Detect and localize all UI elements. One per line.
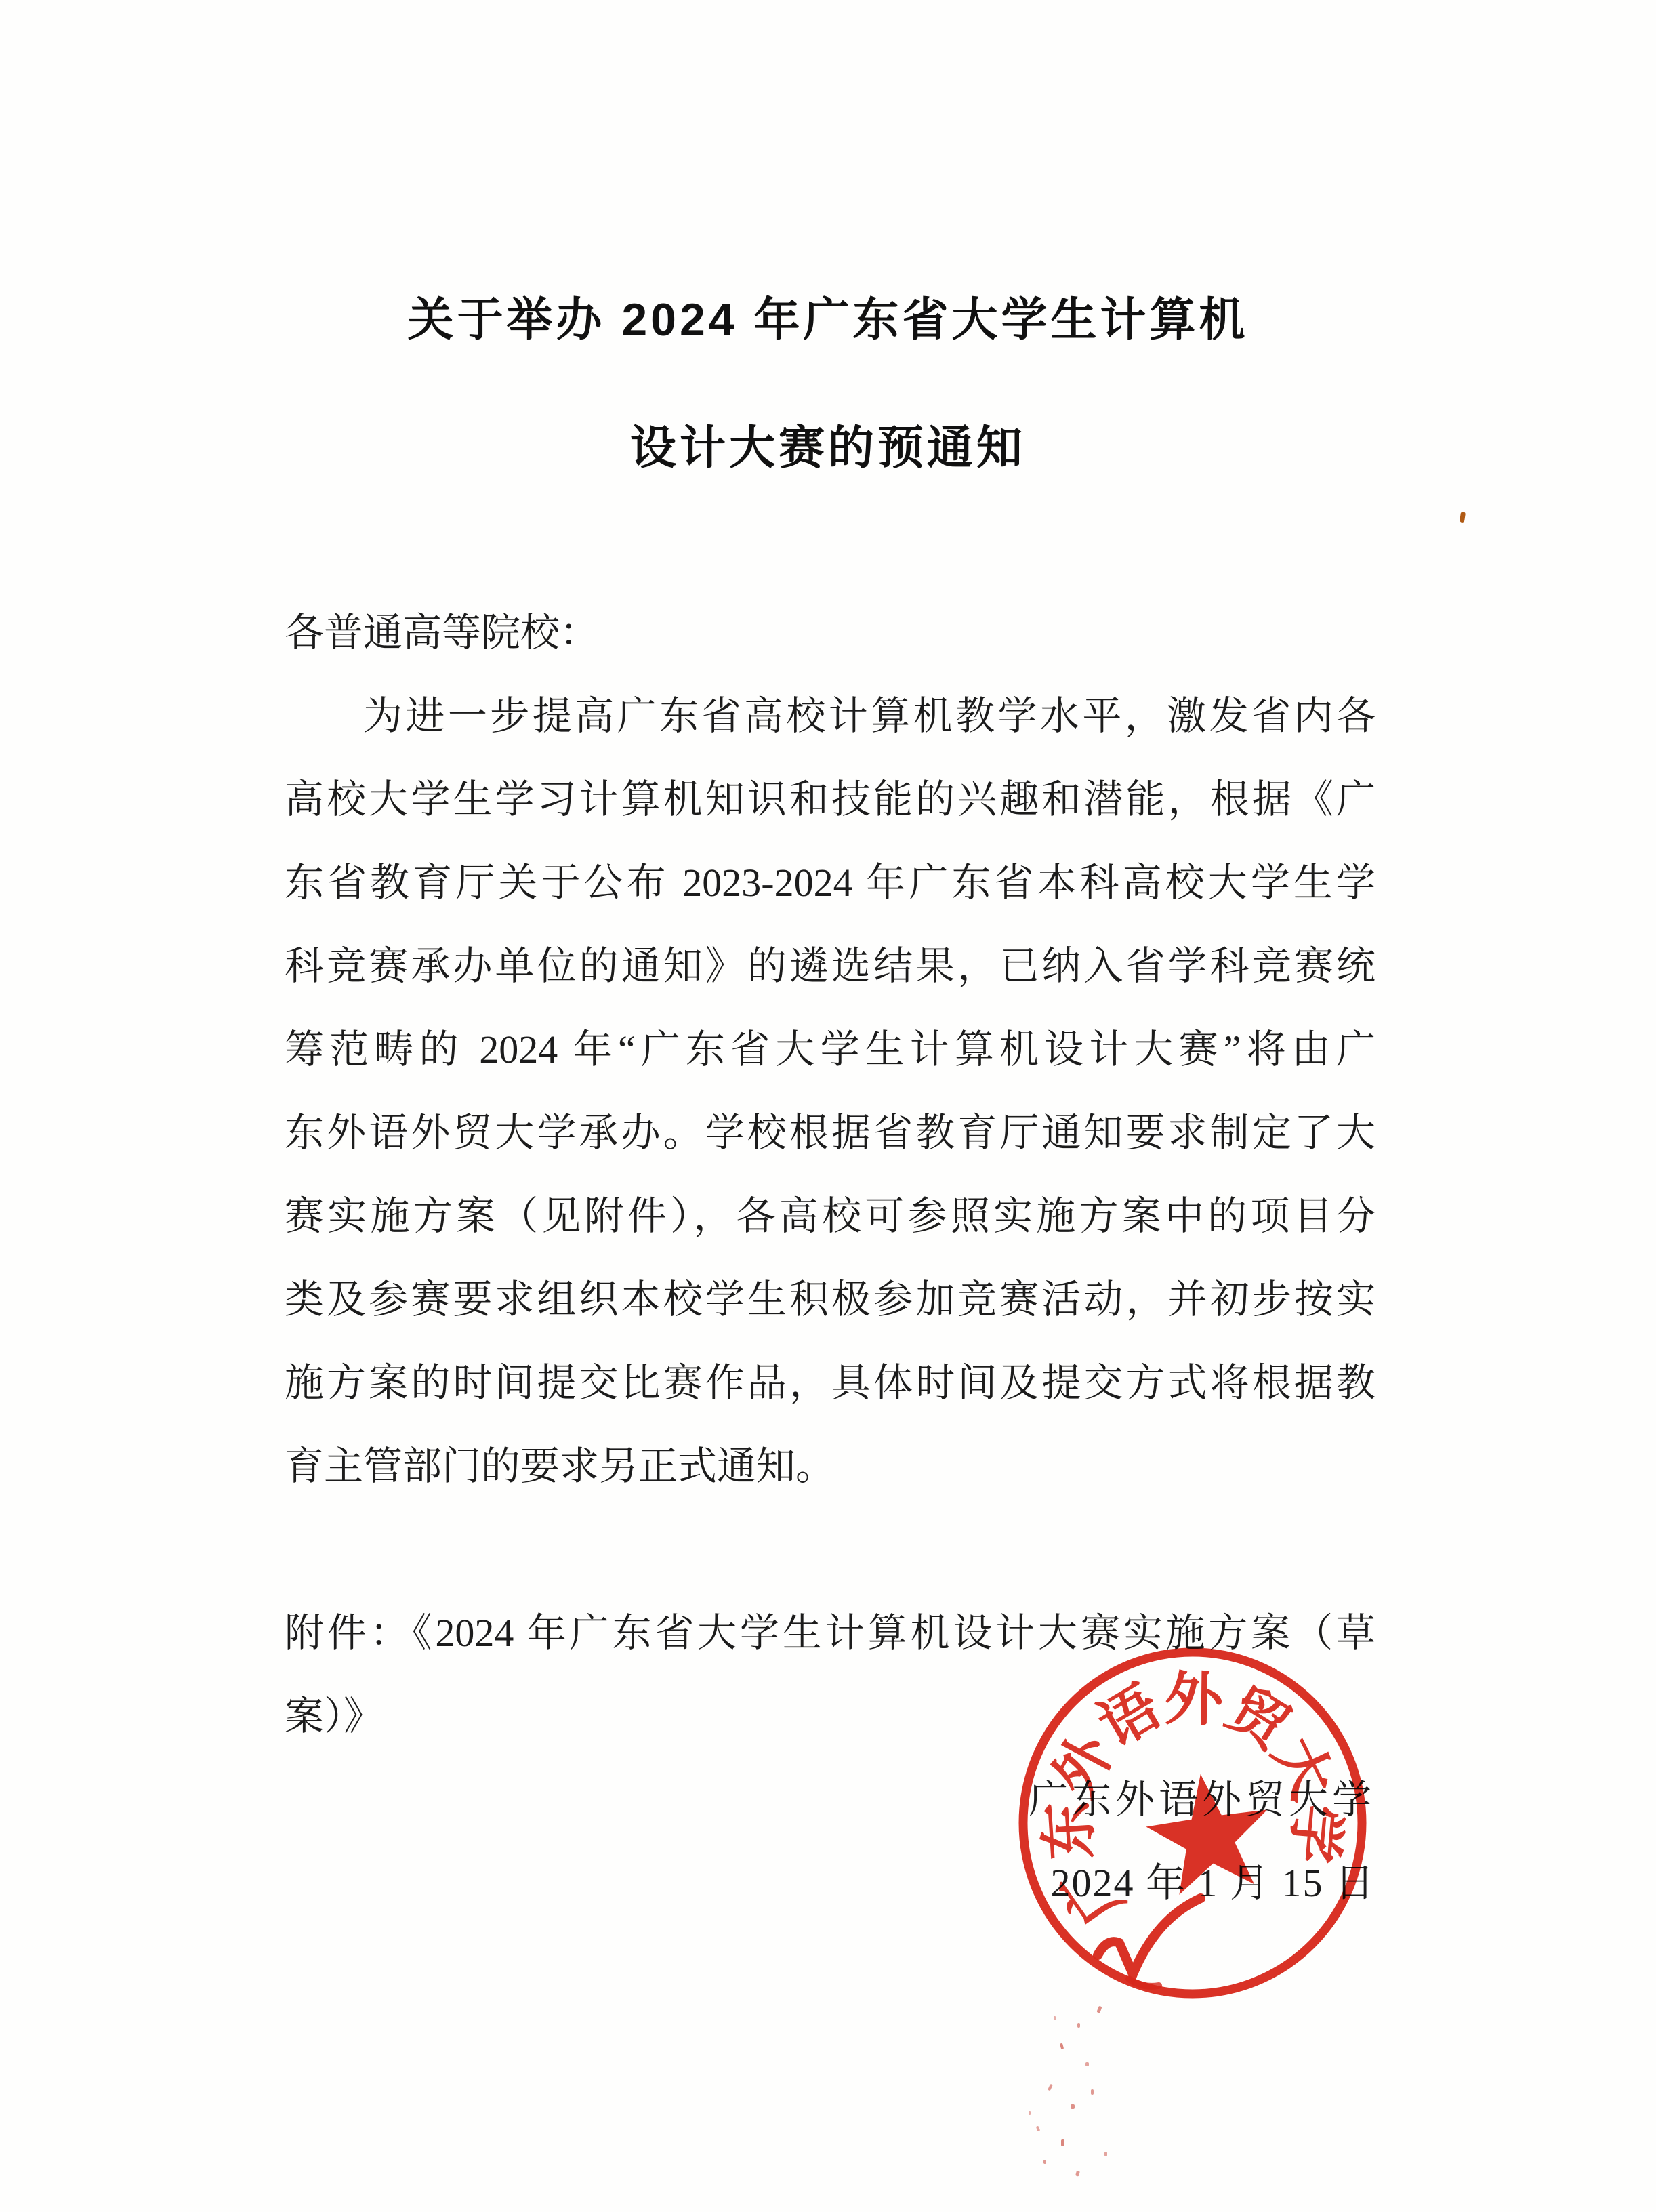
- body-line: 高校大学生学习计算机知识和技能的兴趣和潜能，根据《广: [285, 758, 1375, 841]
- star-icon: [1146, 1774, 1267, 1895]
- body-line: 施方案的时间提交比赛作品，具体时间及提交方式将根据教: [285, 1341, 1375, 1425]
- ink-speck: [1460, 512, 1466, 523]
- seal-char: 学: [1280, 1802, 1350, 1866]
- body-line: 东外语外贸大学承办。学校根据省教育厅通知要求制定了大: [285, 1091, 1375, 1174]
- official-seal: 广 东 外 语 外 贸 大 学: [996, 1637, 1389, 2212]
- body-line: 东省教育厅关于公布 2023-2024 年广东省本科高校大学生学: [285, 841, 1375, 924]
- blank-line: [285, 1508, 1375, 1591]
- seal-char: 广: [1048, 1851, 1135, 1936]
- salutation: 各普通高等院校：: [285, 591, 1375, 674]
- document-title-line2: 设计大赛的预通知: [0, 411, 1656, 477]
- body-line: 筹范畴的 2024 年“广东省大学生计算机设计大赛”将由广: [285, 1008, 1375, 1091]
- body-line: 育主管部门的要求另正式通知。: [285, 1425, 1375, 1508]
- seal-char: 外: [1164, 1666, 1224, 1732]
- document-title-line1: 关于举办 2024 年广东省大学生计算机: [0, 283, 1656, 349]
- body-line: 科竞赛承办单位的通知》的遴选结果，已纳入省学科竞赛统: [285, 924, 1375, 1008]
- checkmark-tail: [1129, 1979, 1159, 1986]
- body-line: 赛实施方案（见附件），各高校可参照实施方案中的项目分: [285, 1174, 1375, 1258]
- document-page: 关于举办 2024 年广东省大学生计算机 设计大赛的预通知 各普通高等院校： 为…: [0, 0, 1656, 2212]
- ink-speckles: [1029, 2006, 1107, 2177]
- body-line: 为进一步提高广东省高校计算机教学水平，激发省内各: [285, 674, 1375, 758]
- body-line: 类及参赛要求组织本校学生积极参加竞赛活动，并初步按实: [285, 1258, 1375, 1341]
- seal-char: 东: [1035, 1799, 1103, 1862]
